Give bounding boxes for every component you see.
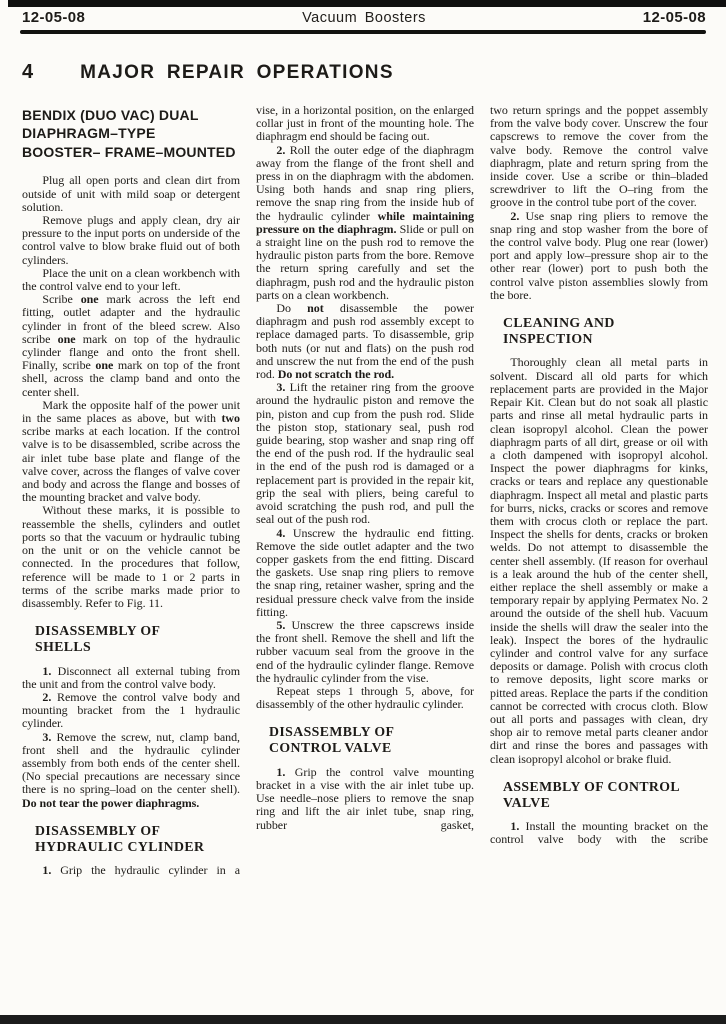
bold-text-run: one (58, 332, 76, 346)
scan-artifact-top (8, 0, 726, 7)
text-run: Lift the retainer ring from the groove a… (256, 380, 474, 526)
paragraph: Mark the opposite half of the power unit… (22, 399, 240, 505)
bold-text-run: one (81, 292, 99, 306)
paragraph: Without these marks, it is possible to r… (22, 504, 240, 610)
header-document-title: Vacuum Boosters (22, 10, 706, 26)
page-number: 4 (22, 61, 33, 84)
paragraph: 2. Roll the outer edge of the diaphragm … (256, 144, 474, 302)
section-heading: DISASSEMBLY OF CONTROL VALVE (269, 724, 474, 755)
text-run: vise, in a horizontal position, on the e… (256, 104, 474, 143)
paragraph: 4. Unscrew the hydraulic end fitting. Re… (256, 527, 474, 619)
paragraph: Do not disassemble the power diaphragm a… (256, 302, 474, 381)
text-run: Place the unit on a clean workbench with… (22, 266, 240, 293)
section-heading: ASSEMBLY OF CONTROL VALVE (503, 779, 708, 810)
header-section-number-right: 12-05-08 (643, 9, 706, 26)
paragraph: two return springs and the poppet assemb… (490, 104, 708, 210)
bold-text-run: Do not tear the power diaphragms. (22, 796, 199, 810)
paragraph: 2. Remove the control valve body and mou… (22, 691, 240, 731)
text-run: Without these marks, it is possible to r… (22, 503, 240, 609)
paragraph: vise, in a horizontal position, on the e… (256, 104, 474, 144)
page-title-row: 4 MAJOR REPAIR OPERATIONS (22, 61, 394, 84)
text-run: Remove plugs and apply clean, dry air pr… (22, 213, 240, 267)
text-run: Remove the screw, nut, clamp band, front… (22, 730, 240, 797)
bold-text-run: 5. (276, 618, 285, 632)
bold-text-run: 1. (42, 863, 51, 877)
paragraph: 1. Grip the control valve mounting brack… (256, 766, 474, 832)
header-rule (20, 30, 706, 34)
text-run: Unscrew the hydraulic end fitting. Remov… (256, 526, 474, 619)
paragraph: Repeat steps 1 through 5, above, for dis… (256, 685, 474, 711)
text-run: Scribe (42, 292, 80, 306)
page-header: 12-05-08 Vacuum Boosters 12-05-08 (22, 9, 706, 29)
text-run: Grip the hydraulic cylinder in a (51, 863, 240, 877)
paragraph: Thoroughly clean all metal parts in solv… (490, 356, 708, 765)
bold-text-run: 2. (42, 690, 51, 704)
text-run: two return springs and the poppet assemb… (490, 104, 708, 209)
scan-artifact-bottom (0, 1015, 726, 1024)
text-columns: BENDIX (DUO VAC) DUAL DIAPHRAGM–TYPE BOO… (22, 104, 708, 1013)
text-run: Thoroughly clean all metal parts in solv… (490, 355, 708, 765)
paragraph: 3. Lift the retainer ring from the groov… (256, 381, 474, 526)
manual-page: 12-05-08 Vacuum Boosters 12-05-08 4 MAJO… (0, 0, 726, 1024)
paragraph: Scribe one mark across the left end fitt… (22, 293, 240, 399)
section-heading: DISASSEMBLY OF HYDRAULIC CYLINDER (35, 823, 240, 854)
bold-text-run: 3. (42, 730, 51, 744)
paragraph: 1. Disconnect all external tubing from t… (22, 665, 240, 691)
text-run: Grip the control valve mounting bracket … (256, 765, 474, 832)
section-heading: CLEANING AND INSPECTION (503, 315, 708, 346)
bold-text-run: 4. (276, 526, 285, 540)
column-1: BENDIX (DUO VAC) DUAL DIAPHRAGM–TYPE BOO… (22, 104, 240, 1013)
paragraph: Remove plugs and apply clean, dry air pr… (22, 214, 240, 267)
bold-text-run: one (95, 358, 113, 372)
bold-text-run: 2. (510, 209, 519, 223)
text-run: Install the mounting bracket on the cont… (490, 819, 708, 846)
bold-text-run: two (221, 411, 240, 425)
paragraph: 3. Remove the screw, nut, clamp band, fr… (22, 731, 240, 810)
text-run: scribe marks at each location. If the co… (22, 424, 240, 504)
section-heading: DISASSEMBLY OF SHELLS (35, 623, 240, 654)
bold-text-run: not (307, 301, 324, 315)
text-run: Repeat steps 1 through 5, above, for dis… (256, 684, 474, 711)
bold-text-run: 1. (510, 819, 519, 833)
paragraph: 1. Install the mounting bracket on the c… (490, 820, 708, 846)
text-run: Use snap ring pliers to remove the snap … (490, 209, 708, 302)
paragraph: 5. Unscrew the three capscrews inside th… (256, 619, 474, 685)
text-run: Mark the opposite half of the power unit… (22, 398, 240, 425)
text-run: Unscrew the three capscrews inside the f… (256, 618, 474, 685)
column-2: vise, in a horizontal position, on the e… (256, 104, 474, 1013)
text-run: Do (276, 301, 307, 315)
article-heading: BENDIX (DUO VAC) DUAL DIAPHRAGM–TYPE BOO… (22, 106, 240, 161)
text-run: Remove the control valve body and mounti… (22, 690, 240, 730)
bold-text-run: Do not scratch the rod. (278, 367, 394, 381)
paragraph: 2. Use snap ring pliers to remove the sn… (490, 210, 708, 302)
page-title: MAJOR REPAIR OPERATIONS (80, 62, 394, 84)
text-run: Disconnect all external tubing from the … (22, 664, 240, 691)
text-run: Plug all open ports and clean dirt from … (22, 173, 240, 213)
bold-text-run: 1. (42, 664, 51, 678)
paragraph: Place the unit on a clean workbench with… (22, 267, 240, 293)
bold-text-run: 3. (276, 380, 285, 394)
bold-text-run: 2. (276, 143, 285, 157)
bold-text-run: 1. (276, 765, 285, 779)
paragraph: 1. Grip the hydraulic cylinder in a (22, 864, 240, 877)
column-3: two return springs and the poppet assemb… (490, 104, 708, 1013)
paragraph: Plug all open ports and clean dirt from … (22, 174, 240, 214)
